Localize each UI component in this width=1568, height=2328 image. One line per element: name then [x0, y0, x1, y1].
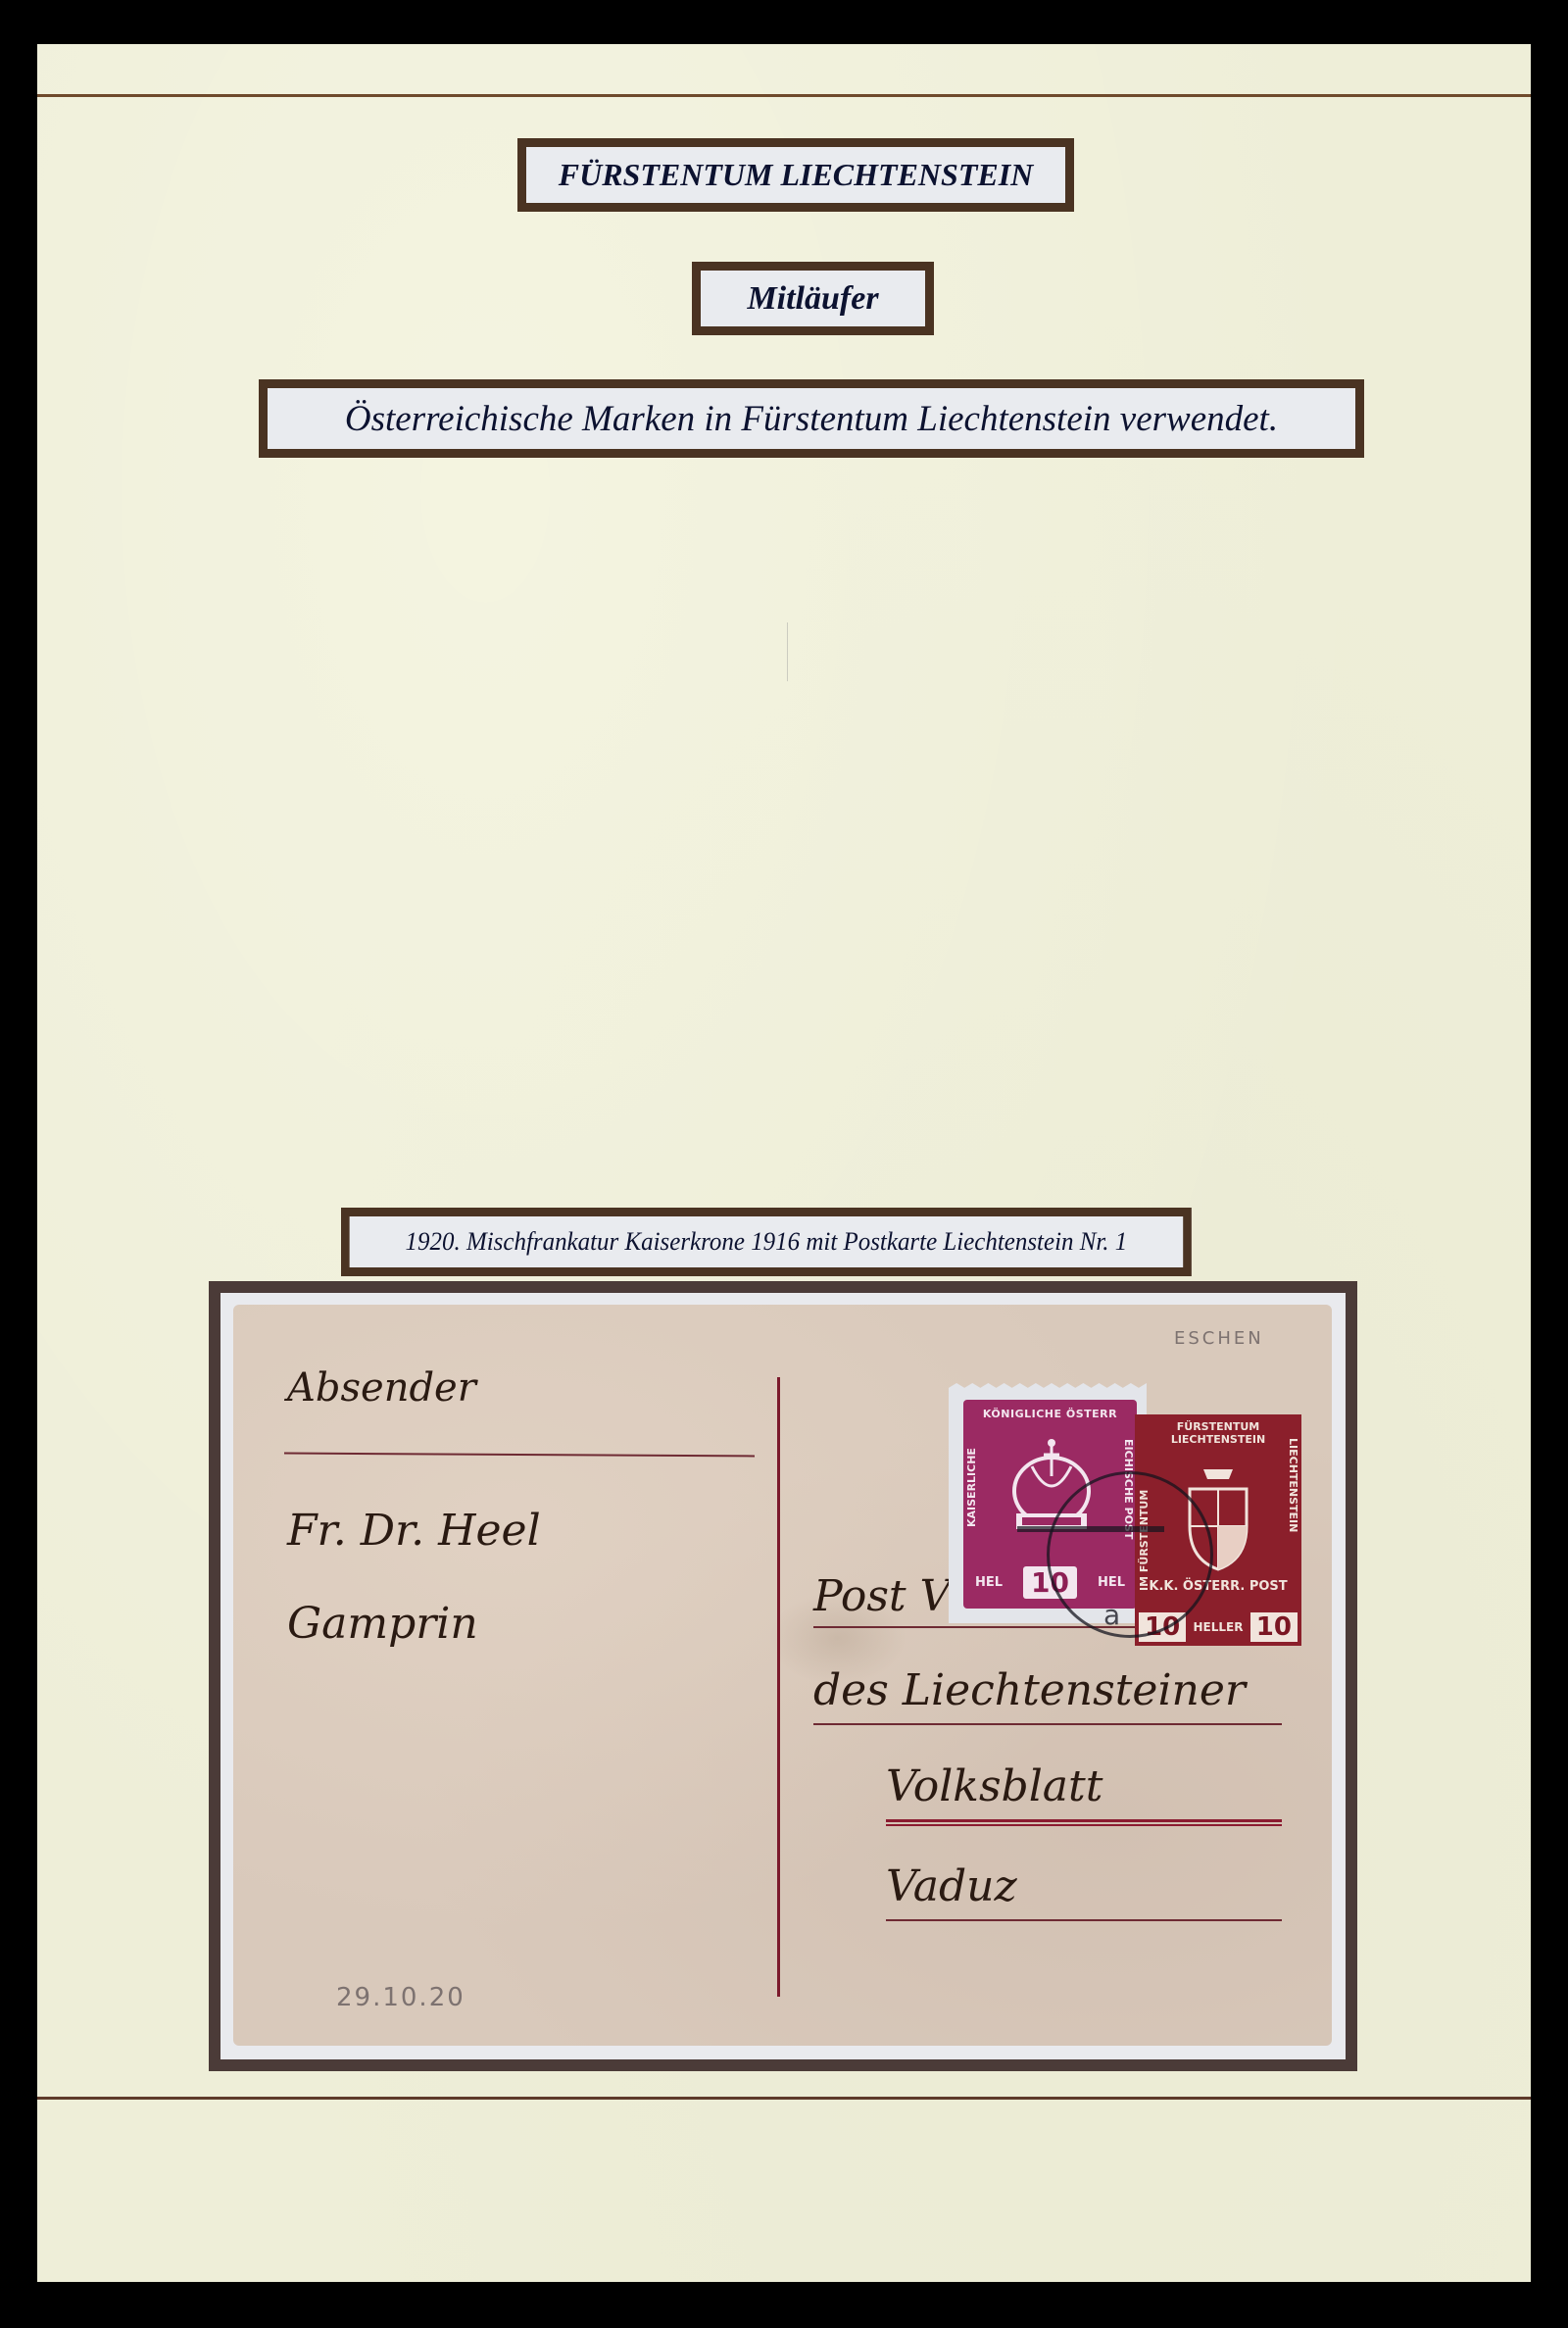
indicium-value-right: 10: [1250, 1612, 1298, 1642]
pencil-town-note: ESCHEN: [1174, 1328, 1264, 1349]
sender-divider-line: [284, 1453, 755, 1458]
card-vertical-divider: [777, 1377, 780, 1997]
address-rule-2: [813, 1723, 1282, 1725]
page-description: Österreichische Marken in Fürstentum Lie…: [345, 398, 1278, 440]
address-line-3: Volksblatt: [886, 1761, 1102, 1811]
page-subtitle: Mitläufer: [747, 280, 878, 318]
austrian-stamp-unit-left: HEL: [975, 1575, 1003, 1590]
mount-inner-strip: Absender Fr. Dr. Heel Gamprin ESCHEN 29.…: [220, 1293, 1346, 2059]
address-line-4: Vaduz: [886, 1861, 1017, 1911]
postmark-letter: a: [1103, 1599, 1120, 1631]
address-line-2: des Liechtensteiner: [813, 1665, 1246, 1715]
address-rule-4: [886, 1919, 1282, 1921]
pencil-date-note: 29.10.20: [336, 1983, 465, 2012]
austrian-stamp-left-text: KAISERLICHE: [965, 1448, 978, 1527]
postmark-bar: [1017, 1526, 1164, 1532]
postmark-circle: [1047, 1471, 1213, 1638]
indicium-arc-text: FÜRSTENTUM LIECHTENSTEIN: [1135, 1420, 1301, 1446]
page-title-box: FÜRSTENTUM LIECHTENSTEIN: [517, 138, 1074, 212]
sender-label: Absender: [287, 1365, 476, 1411]
indicium-unit: HELLER: [1194, 1620, 1244, 1634]
address-rule-3-underline: [886, 1824, 1282, 1826]
sender-name: Fr. Dr. Heel: [287, 1506, 541, 1556]
centering-mark: [787, 622, 788, 681]
page-description-box: Österreichische Marken in Fürstentum Lie…: [259, 379, 1364, 458]
indicium-right-text: LIECHTENSTEIN: [1287, 1438, 1299, 1532]
address-rule-3: [886, 1819, 1282, 1822]
item-caption: 1920. Mischfrankatur Kaiserkrone 1916 mi…: [406, 1227, 1128, 1257]
postcard-mount: Absender Fr. Dr. Heel Gamprin ESCHEN 29.…: [209, 1281, 1357, 2071]
album-page: FÜRSTENTUM LIECHTENSTEIN Mitläufer Öster…: [37, 44, 1531, 2282]
postcard: Absender Fr. Dr. Heel Gamprin ESCHEN 29.…: [233, 1305, 1332, 2046]
sender-place: Gamprin: [287, 1599, 478, 1649]
page-subtitle-box: Mitläufer: [692, 262, 934, 335]
item-caption-box: 1920. Mischfrankatur Kaiserkrone 1916 mi…: [341, 1208, 1192, 1276]
bottom-border-rule: [37, 2097, 1531, 2100]
top-border-rule: [37, 94, 1531, 97]
austrian-stamp-top-text: KÖNIGLICHE ÖSTERR: [963, 1408, 1137, 1420]
page-title: FÜRSTENTUM LIECHTENSTEIN: [559, 157, 1034, 193]
